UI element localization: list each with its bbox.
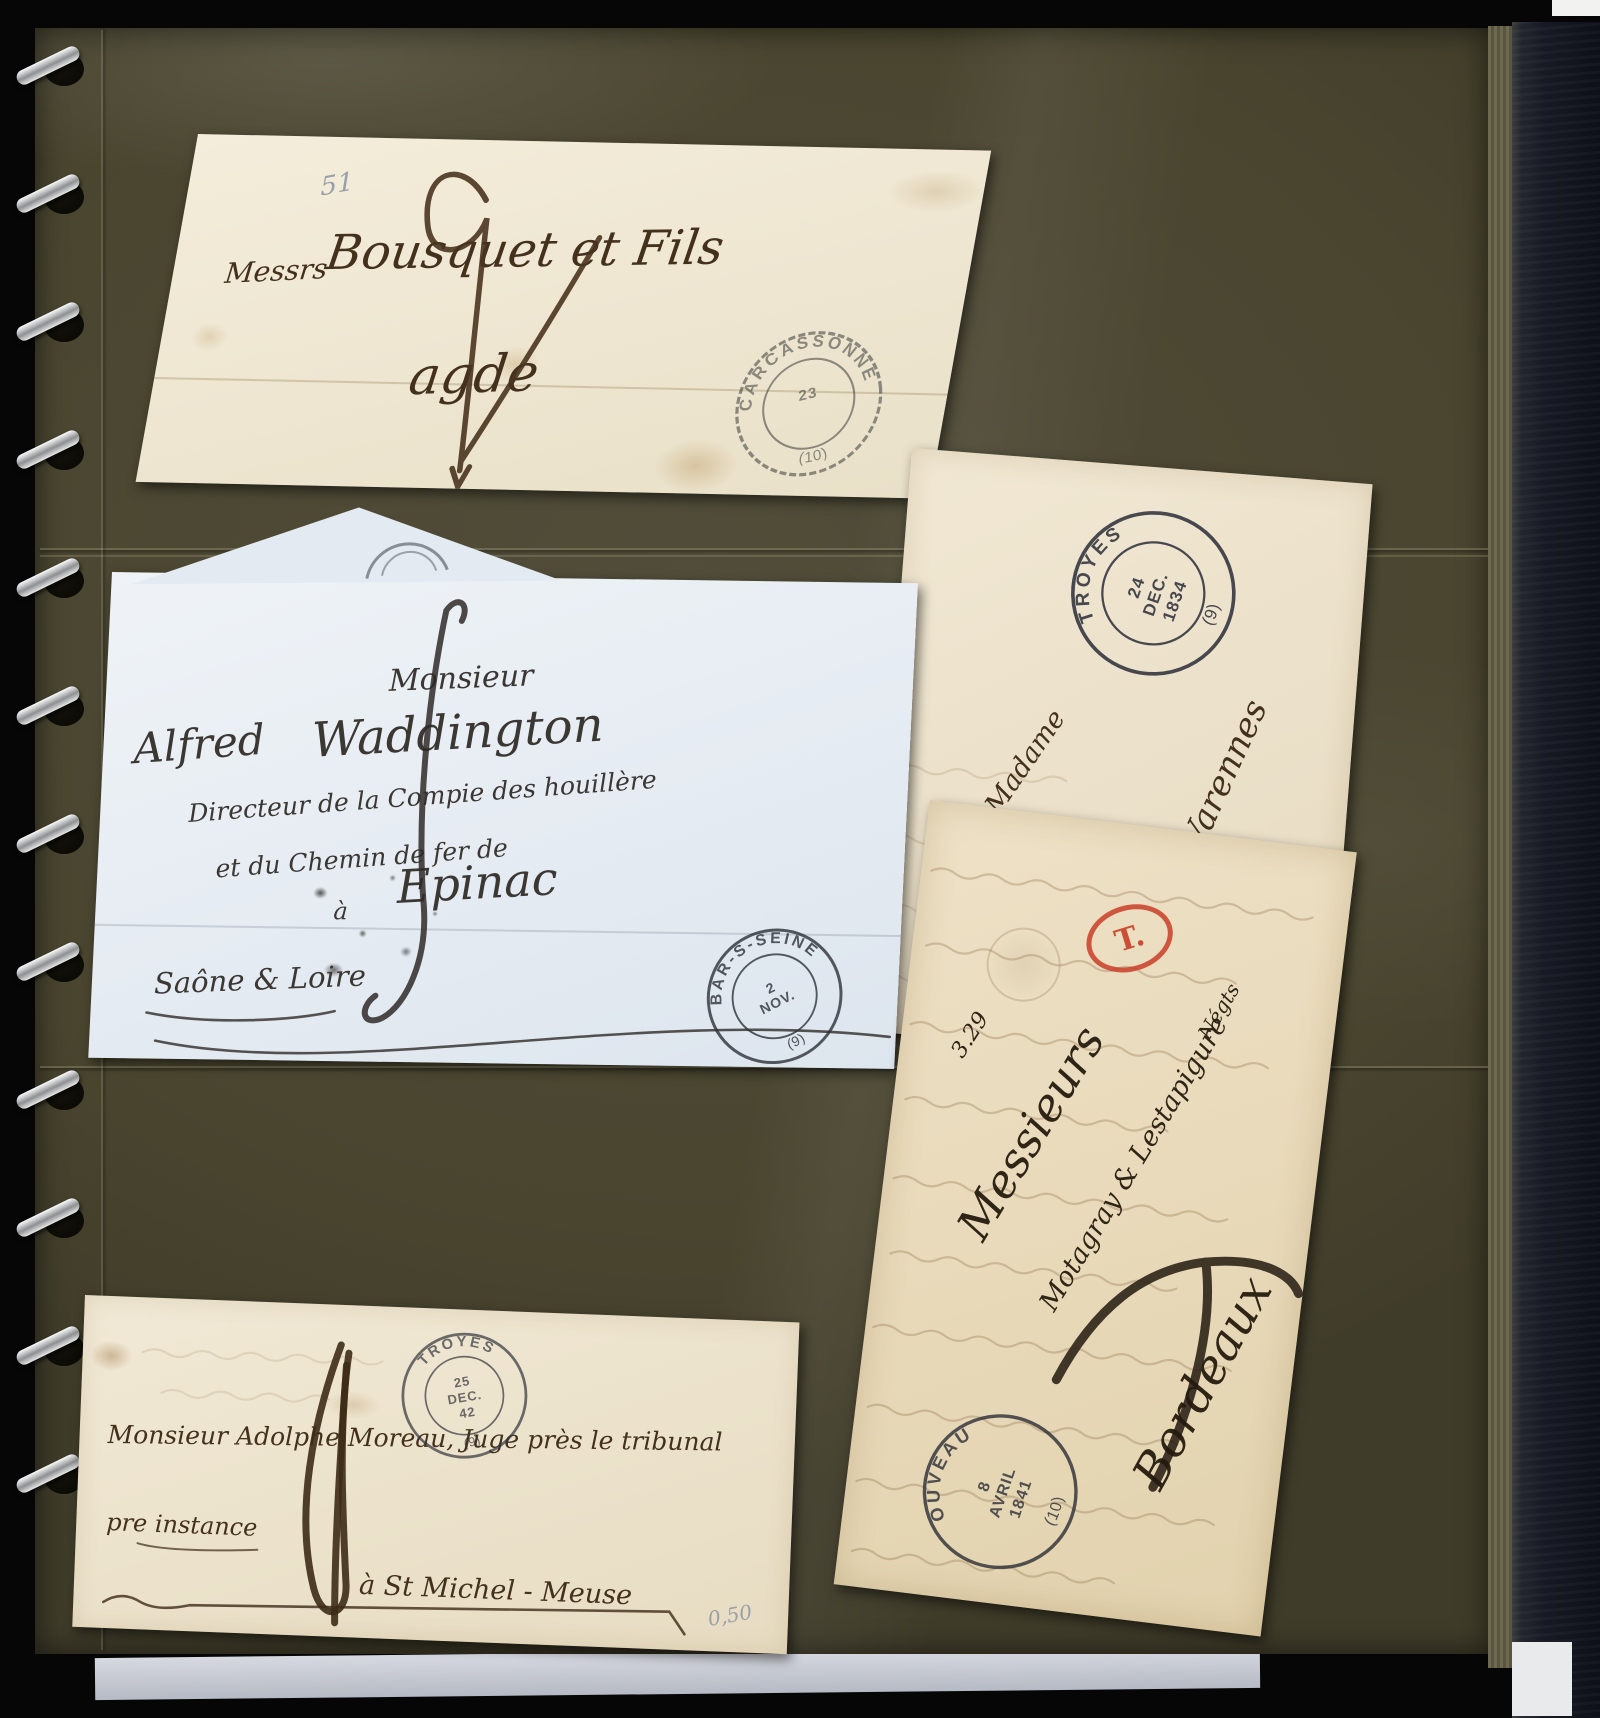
postmark-date: 8	[975, 1479, 994, 1494]
svg-text:(10): (10)	[1040, 1491, 1069, 1529]
red-tax-stamp: T.	[1078, 894, 1181, 983]
destination: Bordeaux	[1122, 1267, 1284, 1498]
letter-waddington: Monsieur Alfred Waddington Directeur de …	[88, 572, 918, 1069]
postmark-troyes-dec: TROYES 25 DEC. 42 (9)	[389, 1321, 539, 1471]
destination: Epinac	[396, 851, 558, 914]
postmark-avril-1841: OUVEAU 8 AVRIL 1841 (10)	[899, 1390, 1102, 1593]
postmark-date: NOV.	[757, 986, 797, 1017]
postmark-town: OUVEAU	[910, 1416, 980, 1530]
postmark-town: TROYES	[1058, 514, 1131, 631]
svg-text:BAR-S-SEINE: BAR-S-SEINE	[689, 909, 825, 1012]
addressee-suffix: Négts	[1193, 979, 1245, 1043]
addressee-last-name: Waddington	[311, 697, 604, 769]
postmark-department: (9)	[783, 1028, 809, 1052]
svg-text:OUVEAU: OUVEAU	[910, 1416, 980, 1530]
postmark-date: 42	[458, 1404, 477, 1422]
background-sliver	[1512, 1642, 1572, 1716]
postmark-department: (9)	[1197, 599, 1224, 629]
weight-annotation: 3.29	[947, 1008, 995, 1063]
svg-text:TROYES: TROYES	[1058, 514, 1131, 631]
page-edge-stack	[1488, 26, 1514, 1668]
postmark-bar-sur-seine: BAR-S-SEINE 2 NOV. (9)	[681, 902, 867, 1090]
salutation: Messrs	[223, 252, 329, 290]
addressee: Bousquet et Fils	[323, 220, 728, 282]
postmark-date: 23	[798, 384, 818, 405]
addressee-first-name: Alfred	[132, 715, 265, 773]
album-photo: 51 Messrs Bousquet et Fils agde CARCASSO…	[0, 0, 1600, 1718]
svg-text:(9): (9)	[1197, 599, 1224, 629]
embossed-seal-impression	[982, 923, 1064, 1005]
postmark-department: (10)	[1040, 1491, 1069, 1529]
salutation: Madame	[979, 704, 1072, 819]
addressee-title: Directeur de la Compie des houillère	[188, 765, 657, 828]
address-line-3: à St Michel - Meuse	[358, 1570, 632, 1611]
pencil-number: 51	[320, 167, 354, 203]
binder-spine	[1512, 22, 1600, 1718]
svg-text:(9): (9)	[783, 1028, 809, 1052]
destination-prefix: à	[333, 897, 349, 925]
background-sliver	[1552, 0, 1600, 16]
postmark-town: BAR-S-SEINE	[689, 909, 825, 1012]
letter-bousquet: 51 Messrs Bousquet et Fils agde CARCASSO…	[136, 134, 992, 499]
postmark-carcassonne: CARCASSONNE 23 (10)	[727, 313, 891, 494]
postmark-troyes: TROYES 24 DEC. 1834 (9)	[1045, 485, 1262, 702]
postmark-date: 25	[453, 1373, 472, 1391]
address-line-2: pre instance	[106, 1508, 258, 1542]
destination: agde	[406, 343, 543, 407]
salutation: Monsieur	[389, 658, 534, 699]
postmark-date: DEC.	[446, 1387, 483, 1408]
pencil-note: 0,50	[706, 1600, 754, 1631]
table-surface	[95, 1646, 1260, 1700]
letter-moreau: Monsieur Adolphe Moreau, Juge près le tr…	[72, 1295, 799, 1654]
